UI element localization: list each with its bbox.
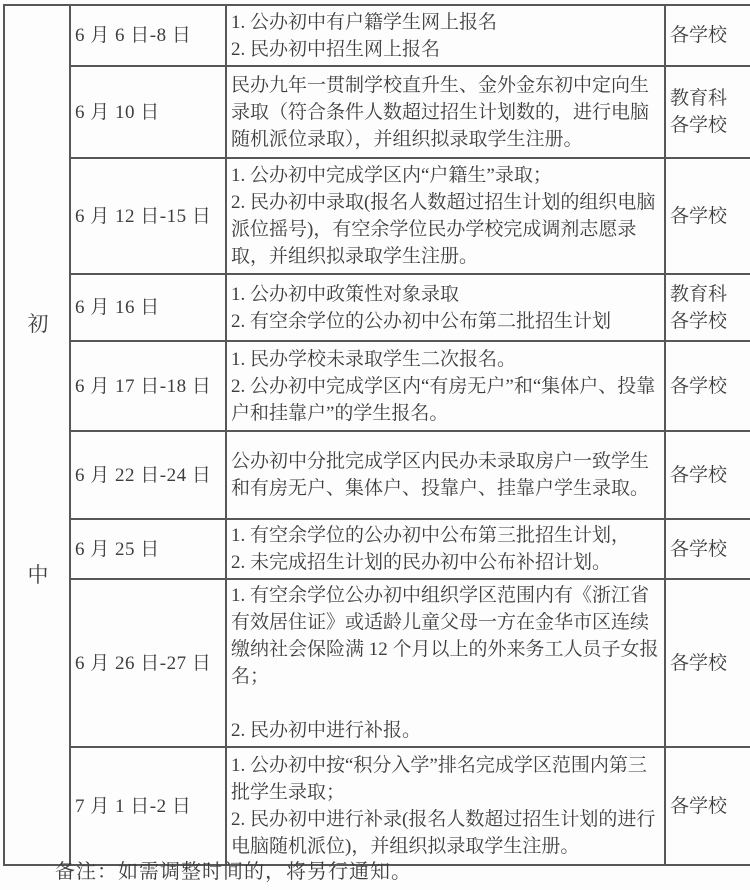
tasks-cell: 民办九年一贯制学校直升生、金外金东初中定向生录取（符合条件人数超过招生计划数的，…	[226, 66, 665, 158]
document-page: 初 中 6 月 6 日-8 日 1. 公办初中有户籍学生网上报名 2. 民办初中…	[0, 0, 750, 890]
table-row: 初 中 6 月 6 日-8 日 1. 公办初中有户籍学生网上报名 2. 民办初中…	[4, 5, 750, 66]
responsible-cell: 各学校	[665, 158, 750, 274]
tasks-cell: 1. 有空余学位公办初中组织学区范围内有《浙江省有效居住证》或适龄儿童父母一方在…	[226, 579, 665, 747]
table-row: 7 月 1 日-2 日 1. 公办初中按“积分入学”排名完成学区范围内第三批学生…	[4, 747, 750, 865]
date-cell: 6 月 25 日	[70, 519, 226, 579]
date-cell: 6 月 26 日-27 日	[70, 579, 226, 747]
table-row: 6 月 22 日-24 日 公办初中分批完成学区内民办未录取房户一致学生和有房无…	[4, 431, 750, 519]
table-row: 6 月 12 日-15 日 1. 公办初中完成学区内“户籍生”录取； 2. 民办…	[4, 158, 750, 274]
date-cell: 6 月 12 日-15 日	[70, 158, 226, 274]
date-cell: 7 月 1 日-2 日	[70, 747, 226, 865]
tasks-cell: 1. 公办初中政策性对象录取 2. 有空余学位的公办初中公布第二批招生计划	[226, 274, 665, 341]
responsible-cell: 教育科 各学校	[665, 274, 750, 341]
tasks-cell: 1. 公办初中完成学区内“户籍生”录取； 2. 民办初中录取(报名人数超过招生计…	[226, 158, 665, 274]
table-row: 6 月 25 日 1. 有空余学位的公办初中公布第三批招生计划， 2. 未完成招…	[4, 519, 750, 579]
table-row: 6 月 16 日 1. 公办初中政策性对象录取 2. 有空余学位的公办初中公布第…	[4, 274, 750, 341]
date-cell: 6 月 16 日	[70, 274, 226, 341]
tasks-cell: 公办初中分批完成学区内民办未录取房户一致学生和有房无户、集体户、投靠户、挂靠户学…	[226, 431, 665, 519]
table-row: 6 月 26 日-27 日 1. 有空余学位公办初中组织学区范围内有《浙江省有效…	[4, 579, 750, 747]
section-label-char: 初	[9, 311, 67, 338]
responsible-cell: 各学校	[665, 579, 750, 747]
responsible-cell: 各学校	[665, 341, 750, 431]
table-row: 6 月 10 日 民办九年一贯制学校直升生、金外金东初中定向生录取（符合条件人数…	[4, 66, 750, 158]
date-cell: 6 月 17 日-18 日	[70, 341, 226, 431]
date-cell: 6 月 10 日	[70, 66, 226, 158]
responsible-cell: 各学校	[665, 5, 750, 66]
responsible-cell: 各学校	[665, 519, 750, 579]
responsible-cell: 教育科 各学校	[665, 66, 750, 158]
table-row: 6 月 17 日-18 日 1. 民办学校未录取学生二次报名。 2. 公办初中完…	[4, 341, 750, 431]
date-cell: 6 月 6 日-8 日	[70, 5, 226, 66]
tasks-cell: 1. 公办初中有户籍学生网上报名 2. 民办初中招生网上报名	[226, 5, 665, 66]
tasks-cell: 1. 公办初中按“积分入学”排名完成学区范围内第三批学生录取； 2. 民办初中进…	[226, 747, 665, 865]
tasks-cell: 1. 有空余学位的公办初中公布第三批招生计划， 2. 未完成招生计划的民办初中公…	[226, 519, 665, 579]
date-cell: 6 月 22 日-24 日	[70, 431, 226, 519]
responsible-cell: 各学校	[665, 431, 750, 519]
remark-note: 备注：如需调整时间的，将另行通知。	[55, 855, 412, 884]
responsible-cell: 各学校	[665, 747, 750, 865]
enrollment-schedule-table: 初 中 6 月 6 日-8 日 1. 公办初中有户籍学生网上报名 2. 民办初中…	[3, 4, 750, 866]
section-label-char: 中	[9, 562, 67, 589]
section-label-cell: 初 中	[4, 5, 70, 865]
tasks-cell: 1. 民办学校未录取学生二次报名。 2. 公办初中完成学区内“有房无户”和“集体…	[226, 341, 665, 431]
section-label: 初 中	[9, 15, 67, 855]
